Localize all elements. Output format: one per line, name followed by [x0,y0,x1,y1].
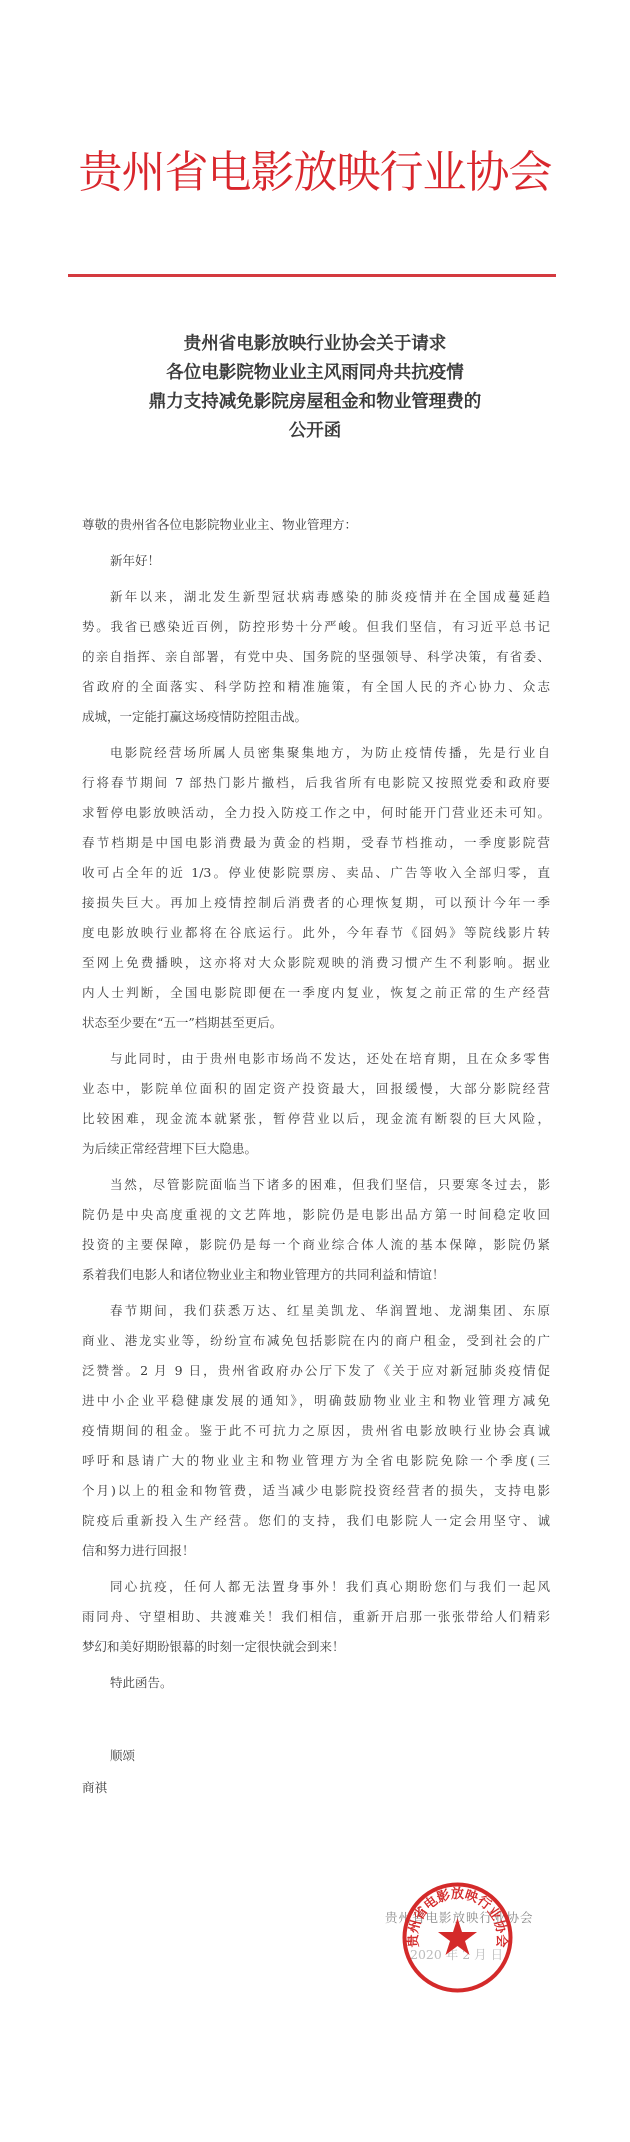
text-line: 行将春节期间 7 部热门影片撤档，后我省所有电影院又按照党委和政府要 [82,768,550,798]
text-line: 梦幻和美好期盼银幕的时刻一定很快就会到来！ [82,1632,550,1662]
text-line: 雨同舟、守望相助、共渡难关！我们相信，重新开启那一张张带给人们精彩 [82,1602,550,1632]
text-line: 疫情期间的租金。鉴于此不可抗力之原因，贵州省电影放映行业协会真诚 [82,1416,550,1446]
text-line: 接损失巨大。再加上疫情控制后消费者的心理恢复期，可以预计今年一季 [82,888,550,918]
paragraph-2: 电影院经营场所属人员密集聚集地方，为防止疫情传播，先是行业自 行将春节期间 7 … [82,738,550,1038]
text-line: 院疫后重新投入生产经营。您们的支持，我们电影院人一定会用坚守、诚 [82,1506,550,1536]
text-line: 的亲自指挥、亲自部署，有党中央、国务院的坚强领导、科学决策，有省委、 [82,642,550,672]
paragraph-1: 新年以来，湖北发生新型冠状病毒感染的肺炎疫情并在全国成蔓延趋 势。我省已感染近百… [82,582,550,732]
text-line: 特此函告。 [82,1668,550,1698]
text-line: 信和努力进行回报！ [82,1536,550,1566]
title-line: 公开函 [0,417,630,446]
text-line: 春节档期是中国电影消费最为黄金的档期，受春节档推动，一季度影院营 [82,828,550,858]
text-line: 商业、港龙实业等，纷纷宣布减免包括影院在内的商户租金，受到社会的广 [82,1326,550,1356]
paragraph-5: 春节期间，我们获悉万达、红星美凯龙、华润置地、龙湖集团、东原 商业、港龙实业等，… [82,1296,550,1566]
text-line: 新年以来，湖北发生新型冠状病毒感染的肺炎疫情并在全国成蔓延趋 [82,582,550,612]
letter-body: 尊敬的贵州省各位电影院物业业主、物业管理方： 新年好！ 新年以来，湖北发生新型冠… [82,510,550,1704]
text-line: 投资的主要保障，影院仍是每一个商业综合体人流的基本保障，影院仍紧 [82,1230,550,1260]
text-line: 与此同时，由于贵州电影市场尚不发达，还处在培育期，且在众多零售 [82,1044,550,1074]
text-line: 省政府的全面落实、科学防控和精准施策，有全国人民的齐心协力、众志 [82,672,550,702]
text-line: 个月)以上的租金和物管费，适当减少电影院投资经营者的损失，支持电影 [82,1476,550,1506]
paragraph-6: 同心抗疫，任何人都无法置身事外！我们真心期盼您们与我们一起风 雨同舟、守望相助、… [82,1572,550,1662]
title-line: 贵州省电影放映行业协会关于请求 [0,330,630,359]
official-seal-icon: 贵州省电影放映行业协会 [400,1880,515,1995]
text-line: 呼吁和恳请广大的物业业主和物业管理方为全省电影院免除一个季度(三 [82,1446,550,1476]
text-line: 求暂停电影放映活动，全力投入防疫工作之中，何时能开门营业还未可知。 [82,798,550,828]
text-line: 泛赞誉。2 月 9 日，贵州省政府办公厅下发了《关于应对新冠肺炎疫情促 [82,1356,550,1386]
salutation: 尊敬的贵州省各位电影院物业业主、物业管理方： [82,510,550,540]
text-line: 院仍是中央高度重视的文艺阵地，影院仍是电影出品方第一时间稳定收回 [82,1200,550,1230]
text-line: 进中小企业平稳健康发展的通知》，明确鼓励物业业主和物业管理方减免 [82,1386,550,1416]
closing-regards: 商祺 [82,1778,107,1796]
text-line: 至网上免费播映，这亦将对大众影院观映的消费习惯产生不利影响。据业 [82,948,550,978]
title-line: 各位电影院物业业主风雨同舟共抗疫情 [0,359,630,388]
text-line: 收可占全年的近 1/3。停业使影院票房、卖品、广告等收入全部归零，直 [82,858,550,888]
text-line: 为后续正常经营埋下巨大隐患。 [82,1134,550,1164]
text-line: 系着我们电影人和诸位物业业主和物业管理方的共同利益和情谊！ [82,1260,550,1290]
text-line: 成城，一定能打赢这场疫情防控阻击战。 [82,702,550,732]
text-line: 业态中，影院单位面积的固定资产投资最大，回报缓慢，大部分影院经营 [82,1074,550,1104]
paragraph-3: 与此同时，由于贵州电影市场尚不发达，还处在培育期，且在众多零售 业态中，影院单位… [82,1044,550,1164]
text-line: 状态至少要在“五一”档期甚至更后。 [82,1008,550,1038]
closing-salutation: 顺颂 [110,1746,135,1764]
letterhead-divider [68,274,556,277]
text-line: 比较困难，现金流本就紧张，暂停营业以后，现金流有断裂的巨大风险， [82,1104,550,1134]
text-line: 电影院经营场所属人员密集聚集地方，为防止疫情传播，先是行业自 [82,738,550,768]
paragraph-4: 当然，尽管影院面临当下诸多的困难，但我们坚信，只要寒冬过去，影 院仍是中央高度重… [82,1170,550,1290]
document-title: 贵州省电影放映行业协会关于请求 各位电影院物业业主风雨同舟共抗疫情 鼎力支持减免… [0,330,630,446]
greeting: 新年好！ [82,546,550,576]
text-line: 度电影放映行业都将在谷底运行。此外，今年春节《囧妈》等院线影片转 [82,918,550,948]
paragraph-7: 特此函告。 [82,1668,550,1698]
title-line: 鼎力支持减免影院房屋租金和物业管理费的 [0,388,630,417]
letterhead-organization: 贵州省电影放映行业协会 [0,148,630,198]
text-line: 势。我省已感染近百例，防控形势十分严峻。但我们坚信，有习近平总书记 [82,612,550,642]
text-line: 当然，尽管影院面临当下诸多的困难，但我们坚信，只要寒冬过去，影 [82,1170,550,1200]
text-line: 春节期间，我们获悉万达、红星美凯龙、华润置地、龙湖集团、东原 [82,1296,550,1326]
text-line: 内人士判断，全国电影院即便在一季度内复业，恢复之前正常的生产经营 [82,978,550,1008]
text-line: 同心抗疫，任何人都无法置身事外！我们真心期盼您们与我们一起风 [82,1572,550,1602]
